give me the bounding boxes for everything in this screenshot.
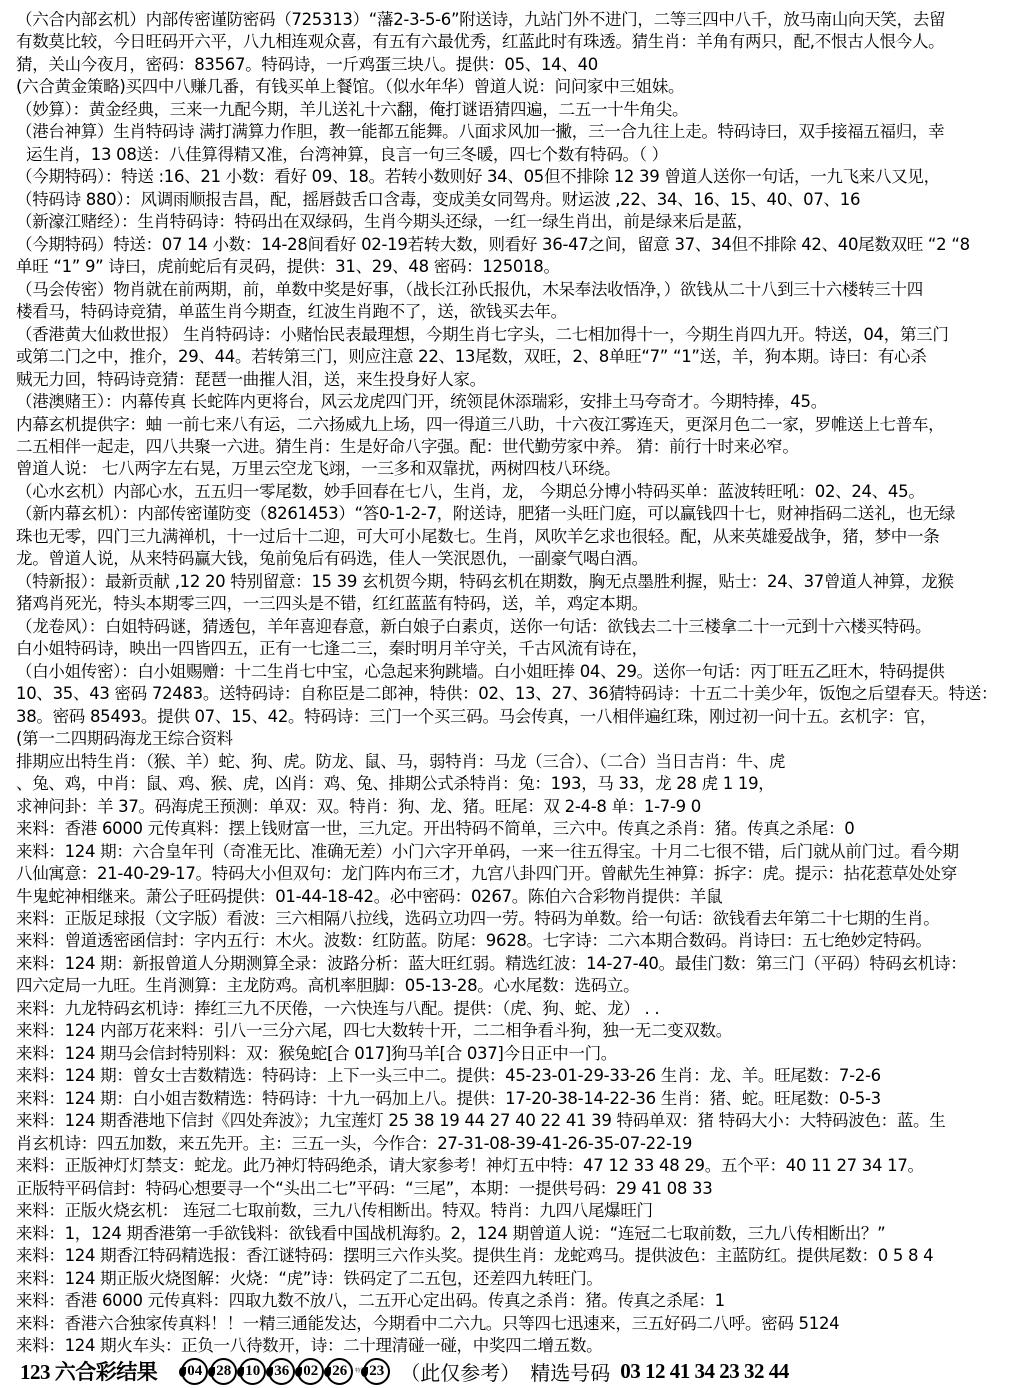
document-line: （特码诗 880）：风调雨顺报吉昌，配，摇唇鼓舌口含毒，变成美女同驾舟。财运波 … [16,190,1002,210]
document-line: 来料：曾道透密函信封：字内五行：木火。波数：红防蓝。防尾：9628。七字诗：二六… [16,931,1002,951]
document-line: 来料：正版神灯灯禁支：蛇龙。此乃神灯特码绝杀，请大家参考！神灯五中特：47 12… [16,1156,1002,1176]
document-line: （妙算）：黄金经典，三来一九配今期，羊儿送礼十六翻，俺打谜语猜四遍，二五一十牛角… [16,100,1002,120]
number-ball: 26 [326,1358,353,1385]
document-line: 来料：124 期香江特码精选报：香江谜特码：摆明三六作头奖。提供生肖：龙蛇鸡马。… [16,1246,1002,1266]
result-label: 123 六合彩结果 [20,1356,157,1386]
document-line: 来料：正版火烧玄机： 连冠二七取前数，三九八传相断出。特双。特肖：九四八尾爆旺门 [16,1201,1002,1221]
document-line: 正版特平码信封：特码心想要寻一个“头出二七”平码：“三尾”，本期：一提供号码：2… [16,1179,1002,1199]
special-number-ball: 23 [363,1358,390,1385]
document-line: 龙。曾道人说，从来特码赢大钱，兔前兔后有码选，佳人一笑泯恩仇，一副豪气喝白酒。 [16,549,1002,569]
document-line: 肖玄机诗：四五加数，来五先开。主：三五一头，今作合：27-31-08-39-41… [16,1134,1002,1154]
document-line: 单旺 “1” 9” 诗曰，虎前蛇后有灵码，提供：31、29、48 密码：1250… [16,257,1002,277]
document-line: 二五相伴一起走，四八共聚一六进。猜生肖：生是好命八字强。配：世代勤劳家中养。 猜… [16,437,1002,457]
document-line: （新内幕玄机）：内部传密谨防变（8261453）“答0-1-2-7，附送诗，肥猪… [16,504,1002,524]
document-line: 猜，关山今夜月，密码：83567。特码诗，一斤鸡蛋三块八。提供：05、14、40 [16,55,1002,75]
result-row: 123 六合彩结果 04 28 10 36 02 26 特别号码 23 （此仅参… [20,1356,789,1386]
document-line: 来料：香港六合独家传真料！！一精三通能发达，今期看中二六九。只等四七迅速来，三五… [16,1314,1002,1334]
document-line: 10、35、43 密码 72483。送特码诗：自称臣是二郎神，特供：02、13、… [16,684,1002,704]
number-ball: 02 [297,1358,324,1385]
document-line: （特新报）：最新贡献 ,12 20 特别留意：15 39 玄机贺今期，特码玄机在… [16,572,1002,592]
document-line: （港台神算）生肖特码诗 满打满算力作胆，教一能都五能舞。八面求风加一撇，三一合九… [16,122,1002,142]
document-line: 珠也无零，四门三九满禅机，十一过后十二迎，可大可小尾数七。生肖，风吹羊乞求也很轻… [16,527,1002,547]
document-line: 或第二门之中，推介，29、44。若转第三门，则应注意 22、13尾数，双旺，2、… [16,347,1002,367]
document-line: 白小姐特码诗，映出一四皆四五，正有一七逢二三，秦时明月羊守关，千古风流有诗在， [16,639,1002,659]
number-ball: 04 [181,1358,208,1385]
document-line: （香港黄大仙救世报） 生肖特码诗：小赌怡民表最理想，今期生肖七字头，二七相加得十… [16,325,1002,345]
document-line: 牛鬼蛇神相继来。萧公子旺码提供：01-44-18-42。必中密码：0267。陈伯… [16,887,1002,907]
document-line: 来料：124 期：白小姐吉数精选：特码诗：十九一码加上八。提供：17-20-38… [16,1089,1002,1109]
document-line: （心水玄机）内部心水，五五归一零尾数，妙手回春在七八，生肖，龙， 今期总分博小特… [16,482,1002,502]
document-line: （港澳赌王）：内幕传真 长蛇阵内更将台，风云龙虎四门开，统领昆休添瑞彩，安排土马… [16,392,1002,412]
document-line: 排期应出特生肖：（猴、羊）蛇、狗、虎。防龙、鼠、马，弱特肖：马龙（三合）、（二合… [16,752,1002,772]
document-line: 曾道人说： 七八两字左右晃，万里云空龙飞翊，一三多和双靠扰，两树四枝八环绕。 [16,459,1002,479]
reference-note: （此仅参考） [400,1357,520,1386]
document-line: (第一二四期码海龙王综合资料 [16,729,1002,749]
document-line: 楼看马，特码诗竞猜，单蓝生肖今期查，红波生肖跑不了，送，欲钱买去年。 [16,302,1002,322]
document-line: （马会传密）物肖就在前两期，前，单数中奖是好事，（战长江孙氏报仇，木呆奉法收悟净… [16,280,1002,300]
document-line: （龙卷风）：白姐特码谜，猜透包，羊年喜迎春意，新白娘子白素贞，送你一句话：欲钱去… [16,617,1002,637]
document-line: 来料：香港 6000 元传真料：四取九数不放八，二五开心定出码。传真之杀肖：猪。… [16,1291,1002,1311]
document-line: 来料：124 期马会信封特别料：双：猴兔蛇[合 017]狗马羊[合 037]今日… [16,1044,1002,1064]
document-line: 来料：124 内部万花来料：引八一三分六尾，四七大数转十开，二二相争看斗狗，独一… [16,1021,1002,1041]
document-line: 来料：1，124 期香港第一手欲钱料：欲钱看中国战机海豹。2，124 期曾道人说… [16,1224,1002,1244]
document-line: 来料：正版足球报（文字版）看波：三六相隔八拉线，选码立功四一劳。特码为单数。给一… [16,909,1002,929]
document-line: （新濠江赌经）：生肖特码诗：特码出在双绿码，生肖今期头还绿，一红一绿生肖出，前是… [16,212,1002,232]
document-line: （今期特码）特送：07 14 小数：14-28间看好 02-19若转大数，则看好… [16,235,1002,255]
document-line: 内幕玄机提供字：蚰 一前七来八有运，二六扬威九上场，四一得道三八助，十六夜江雾连… [16,415,1002,435]
document-line: （六合内部玄机）内部传密谨防密码（725313）“藩2-3-5-6”附送诗，九站… [16,10,1002,30]
document-line: 贼无力回，特码诗竞猜：琵琶一曲摧人泪，送，来生投身好人家。 [16,370,1002,390]
lottery-document: （六合内部玄机）内部传密谨防密码（725313）“藩2-3-5-6”附送诗，九站… [0,0,1010,1388]
document-line: 来料：九龙特码玄机诗：捧红三九不厌倦，一六快连与八配。提供：（虎、狗、蛇、龙） … [16,999,1002,1019]
document-line: 38。密码 85493。提供 07、15、42。特码诗：三门一个买三码。马会传真… [16,707,1002,727]
document-line: 来料：124 期香港地下信封《四处奔波》；九宝莲灯 25 38 19 44 27… [16,1111,1002,1131]
pick-label: 精选号码 [530,1357,610,1386]
result-balls: 04 28 10 36 02 26 特别号码 23 [181,1358,392,1385]
document-line: 有数莫比较，今日旺码开六平，八九相连观众喜，有五有六最优秀，红蓝此时有珠透。猜生… [16,32,1002,52]
document-line: 、兔、鸡，中肖：鼠、鸡、猴、虎，凶肖：鸡、兔、排期公式杀特肖：兔：193，马 3… [16,774,1002,794]
document-line: 来料：124 期：新报曾道人分期测算全录：波路分析：蓝大旺红弱。精选红波：14-… [16,954,1002,974]
document-line: 求神问卦：羊 37。码海虎王预测：单双：双。特肖：狗、龙、猪。旺尾：双 2-4-… [16,797,1002,817]
document-line: 运生肖，13 08送：八佳算得精又准，台湾神算，良言一句三冬暖，四七个数有特码。… [26,145,1002,165]
number-ball: 28 [210,1358,237,1385]
document-line: 来料：124 期：六合皇年刊（奇准无比、准确无差）小门六字开单码，一来一往五得宝… [16,842,1002,862]
number-ball: 36 [268,1358,295,1385]
document-line: 来料：香港 6000 元传真料：摆上钱财富一世，三九定。开出特码不简单，三六中。… [16,819,1002,839]
document-line: 来料：124 期：曾女士吉数精选：特码诗：上下一头三中二。提供：45-23-01… [16,1066,1002,1086]
document-line: 来料：124 期火车头：正负一八待数开，诗：二十理清碰一碰，中奖四二增五数。 [16,1336,1002,1356]
document-line: （今期特码）：特送 :16、21 小数：看好 09、18。若转小数则好 34、0… [16,167,1002,187]
document-line: 来料：124 期正版火烧图解：火烧：“虎”诗：铁码定了二五包，还差四九转旺门。 [16,1269,1002,1289]
document-line: 猪鸡肖死光，特头本期零三四，一三四头是不错，红红蓝蓝有特码，送，羊，鸡定本期。 [16,594,1002,614]
pick-numbers: 03 12 41 34 23 32 44 [620,1359,789,1384]
document-line: （白小姐传密）：白小姐赐赠：十二生肖七中宝，心急起来狗跳墙。白小姐旺捧 04、2… [16,662,1002,682]
number-ball: 10 [239,1358,266,1385]
document-line: (六合黄金策略)买四中八赚几番，有钱买单上餐馆。（似水年华）曾道人说：问问家中三… [16,77,1002,97]
document-line: 八仙寓意：21-40-29-17。特码大小但双句：龙门阵内布三才，九宫八卦四门开… [16,864,1002,884]
document-line: 四六定局一九旺。生肖测算：主龙防鸡。高机率胆脚：05-13-28。心水尾数：选码… [16,976,1002,996]
